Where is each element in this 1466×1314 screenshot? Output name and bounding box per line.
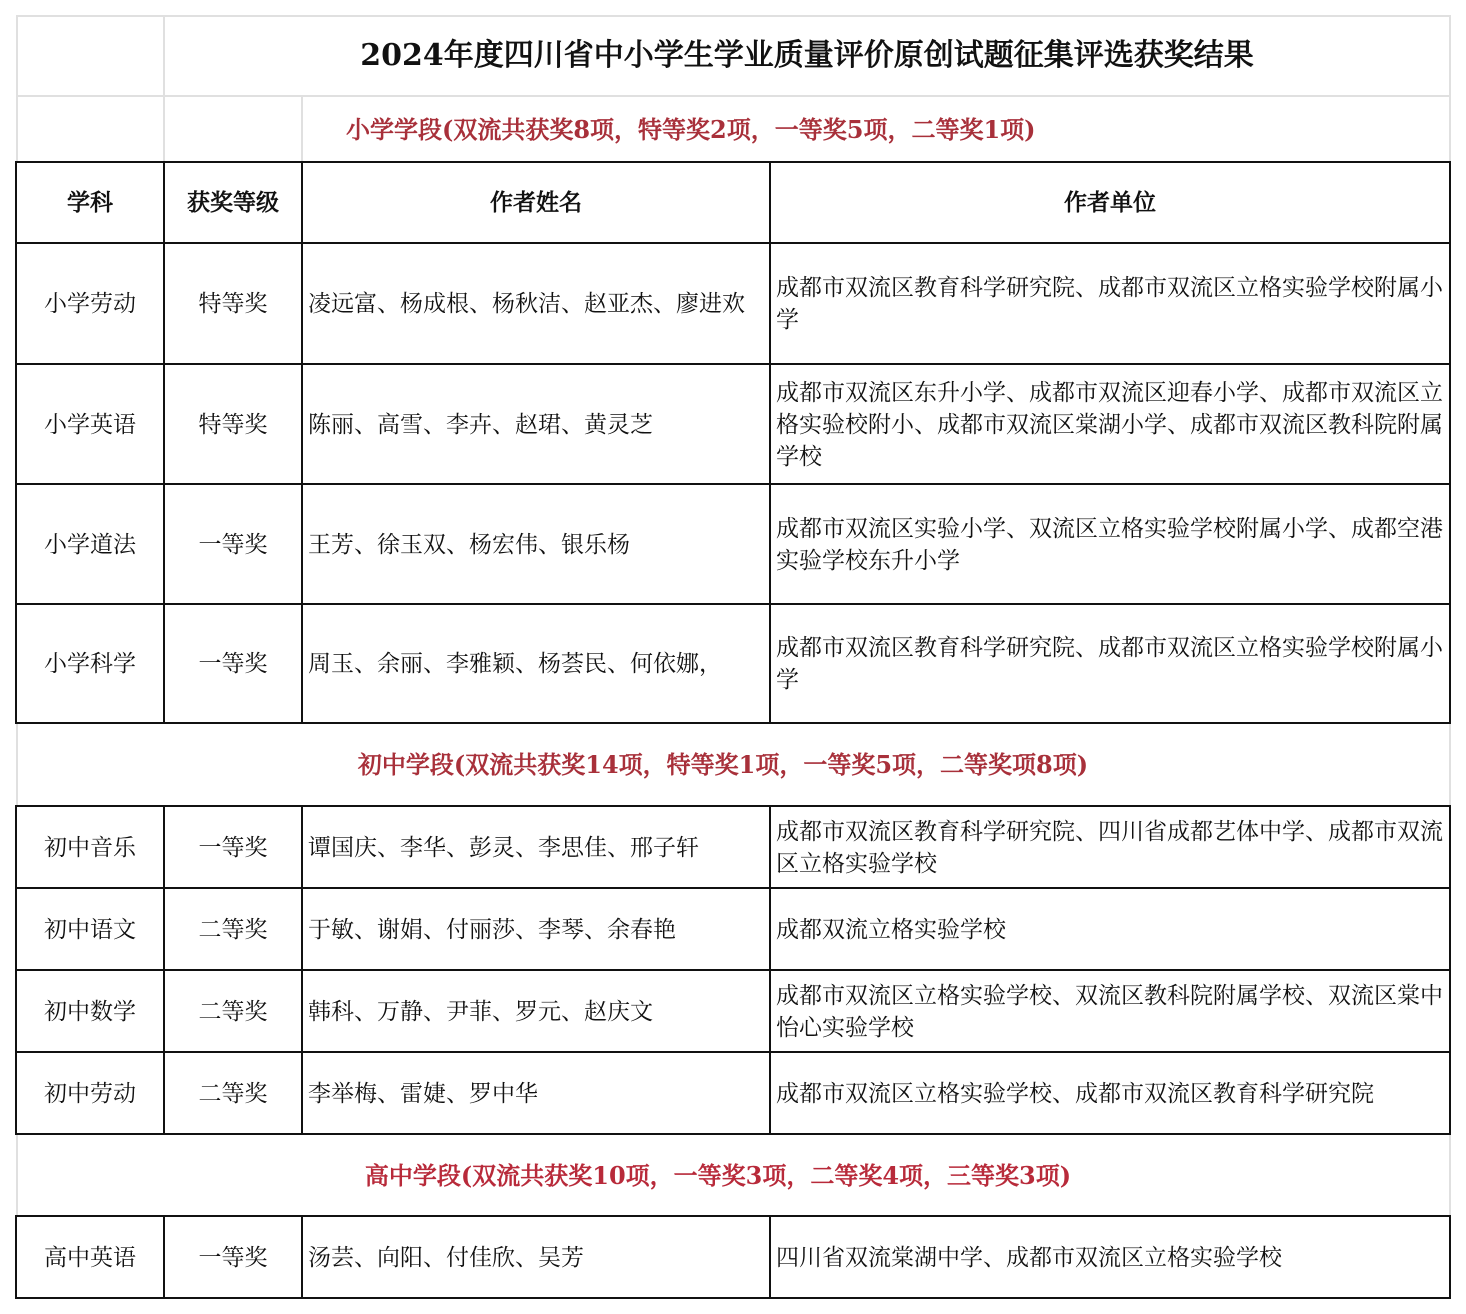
cell-authors: 于敏、谢娟、付丽莎、李琴、余春艳 xyxy=(302,889,770,970)
cell-subject: 初中劳动 xyxy=(16,1053,164,1134)
cell-level: 二等奖 xyxy=(164,1053,302,1134)
cell-level: 二等奖 xyxy=(164,889,302,970)
cell-level: 特等奖 xyxy=(164,244,302,364)
cell-authors: 韩科、万静、尹菲、罗元、赵庆文 xyxy=(302,971,770,1052)
cell-units: 成都市双流区立格实验学校、成都市双流区教育科学研究院 xyxy=(770,1053,1450,1134)
cell-level: 一等奖 xyxy=(164,1217,302,1298)
cell-level: 一等奖 xyxy=(164,485,302,604)
header-level: 获奖等级 xyxy=(164,162,302,243)
cell-authors: 凌远富、杨成根、杨秋洁、赵亚杰、廖进欢 xyxy=(302,244,770,364)
cell-authors: 陈丽、高雪、李卉、赵珺、黄灵芝 xyxy=(302,365,770,484)
section-heading-middle: 初中学段(双流共获奖14项，特等奖1项，一等奖5项，二等奖项8项) xyxy=(16,724,1450,806)
cell-subject: 小学科学 xyxy=(16,605,164,723)
cell-units: 四川省双流棠湖中学、成都市双流区立格实验学校 xyxy=(770,1217,1450,1298)
cell-authors: 王芳、徐玉双、杨宏伟、银乐杨 xyxy=(302,485,770,604)
cell-authors: 李举梅、雷婕、罗中华 xyxy=(302,1053,770,1134)
cell-authors: 汤芸、向阳、付佳欣、吴芳 xyxy=(302,1217,770,1298)
cell-units: 成都市双流区实验小学、双流区立格实验学校附属小学、成都空港实验学校东升小学 xyxy=(770,485,1450,604)
cell-units: 成都市双流区教育科学研究院、四川省成都艺体中学、成都市双流区立格实验学校 xyxy=(770,807,1450,888)
cell-units: 成都双流立格实验学校 xyxy=(770,889,1450,970)
cell-subject: 小学道法 xyxy=(16,485,164,604)
cell-subject: 高中英语 xyxy=(16,1217,164,1298)
cell-authors: 周玉、余丽、李雅颖、杨荟民、何依娜， xyxy=(302,605,770,723)
cell-subject: 小学劳动 xyxy=(16,244,164,364)
cell-units: 成都市双流区立格实验学校、双流区教科院附属学校、双流区棠中怡心实验学校 xyxy=(770,971,1450,1052)
page-title: 2024年度四川省中小学生学业质量评价原创试题征集评选获奖结果 xyxy=(164,16,1450,96)
cell-authors: 谭国庆、李华、彭灵、李思佳、邢子轩 xyxy=(302,807,770,888)
header-units: 作者单位 xyxy=(770,162,1450,243)
cell-subject: 小学英语 xyxy=(16,365,164,484)
cell-units: 成都市双流区东升小学、成都市双流区迎春小学、成都市双流区立格实验校附小、成都市双… xyxy=(770,365,1450,484)
cell-subject: 初中语文 xyxy=(16,889,164,970)
section-heading-high: 高中学段(双流共获奖10项，一等奖3项，二等奖4项，三等奖3项) xyxy=(16,1135,1450,1217)
cell-units: 成都市双流区教育科学研究院、成都市双流区立格实验学校附属小学 xyxy=(770,605,1450,723)
cell-level: 特等奖 xyxy=(164,365,302,484)
header-authors: 作者姓名 xyxy=(302,162,770,243)
cell-subject: 初中数学 xyxy=(16,971,164,1052)
grid-line xyxy=(16,15,18,163)
section-heading-primary: 小学学段(双流共获奖8项，特等奖2项，一等奖5项，二等奖1项) xyxy=(302,97,1450,163)
header-subject: 学科 xyxy=(16,162,164,243)
cell-level: 二等奖 xyxy=(164,971,302,1052)
cell-subject: 初中音乐 xyxy=(16,807,164,888)
cell-units: 成都市双流区教育科学研究院、成都市双流区立格实验学校附属小学 xyxy=(770,244,1450,364)
cell-level: 一等奖 xyxy=(164,605,302,723)
cell-level: 一等奖 xyxy=(164,807,302,888)
